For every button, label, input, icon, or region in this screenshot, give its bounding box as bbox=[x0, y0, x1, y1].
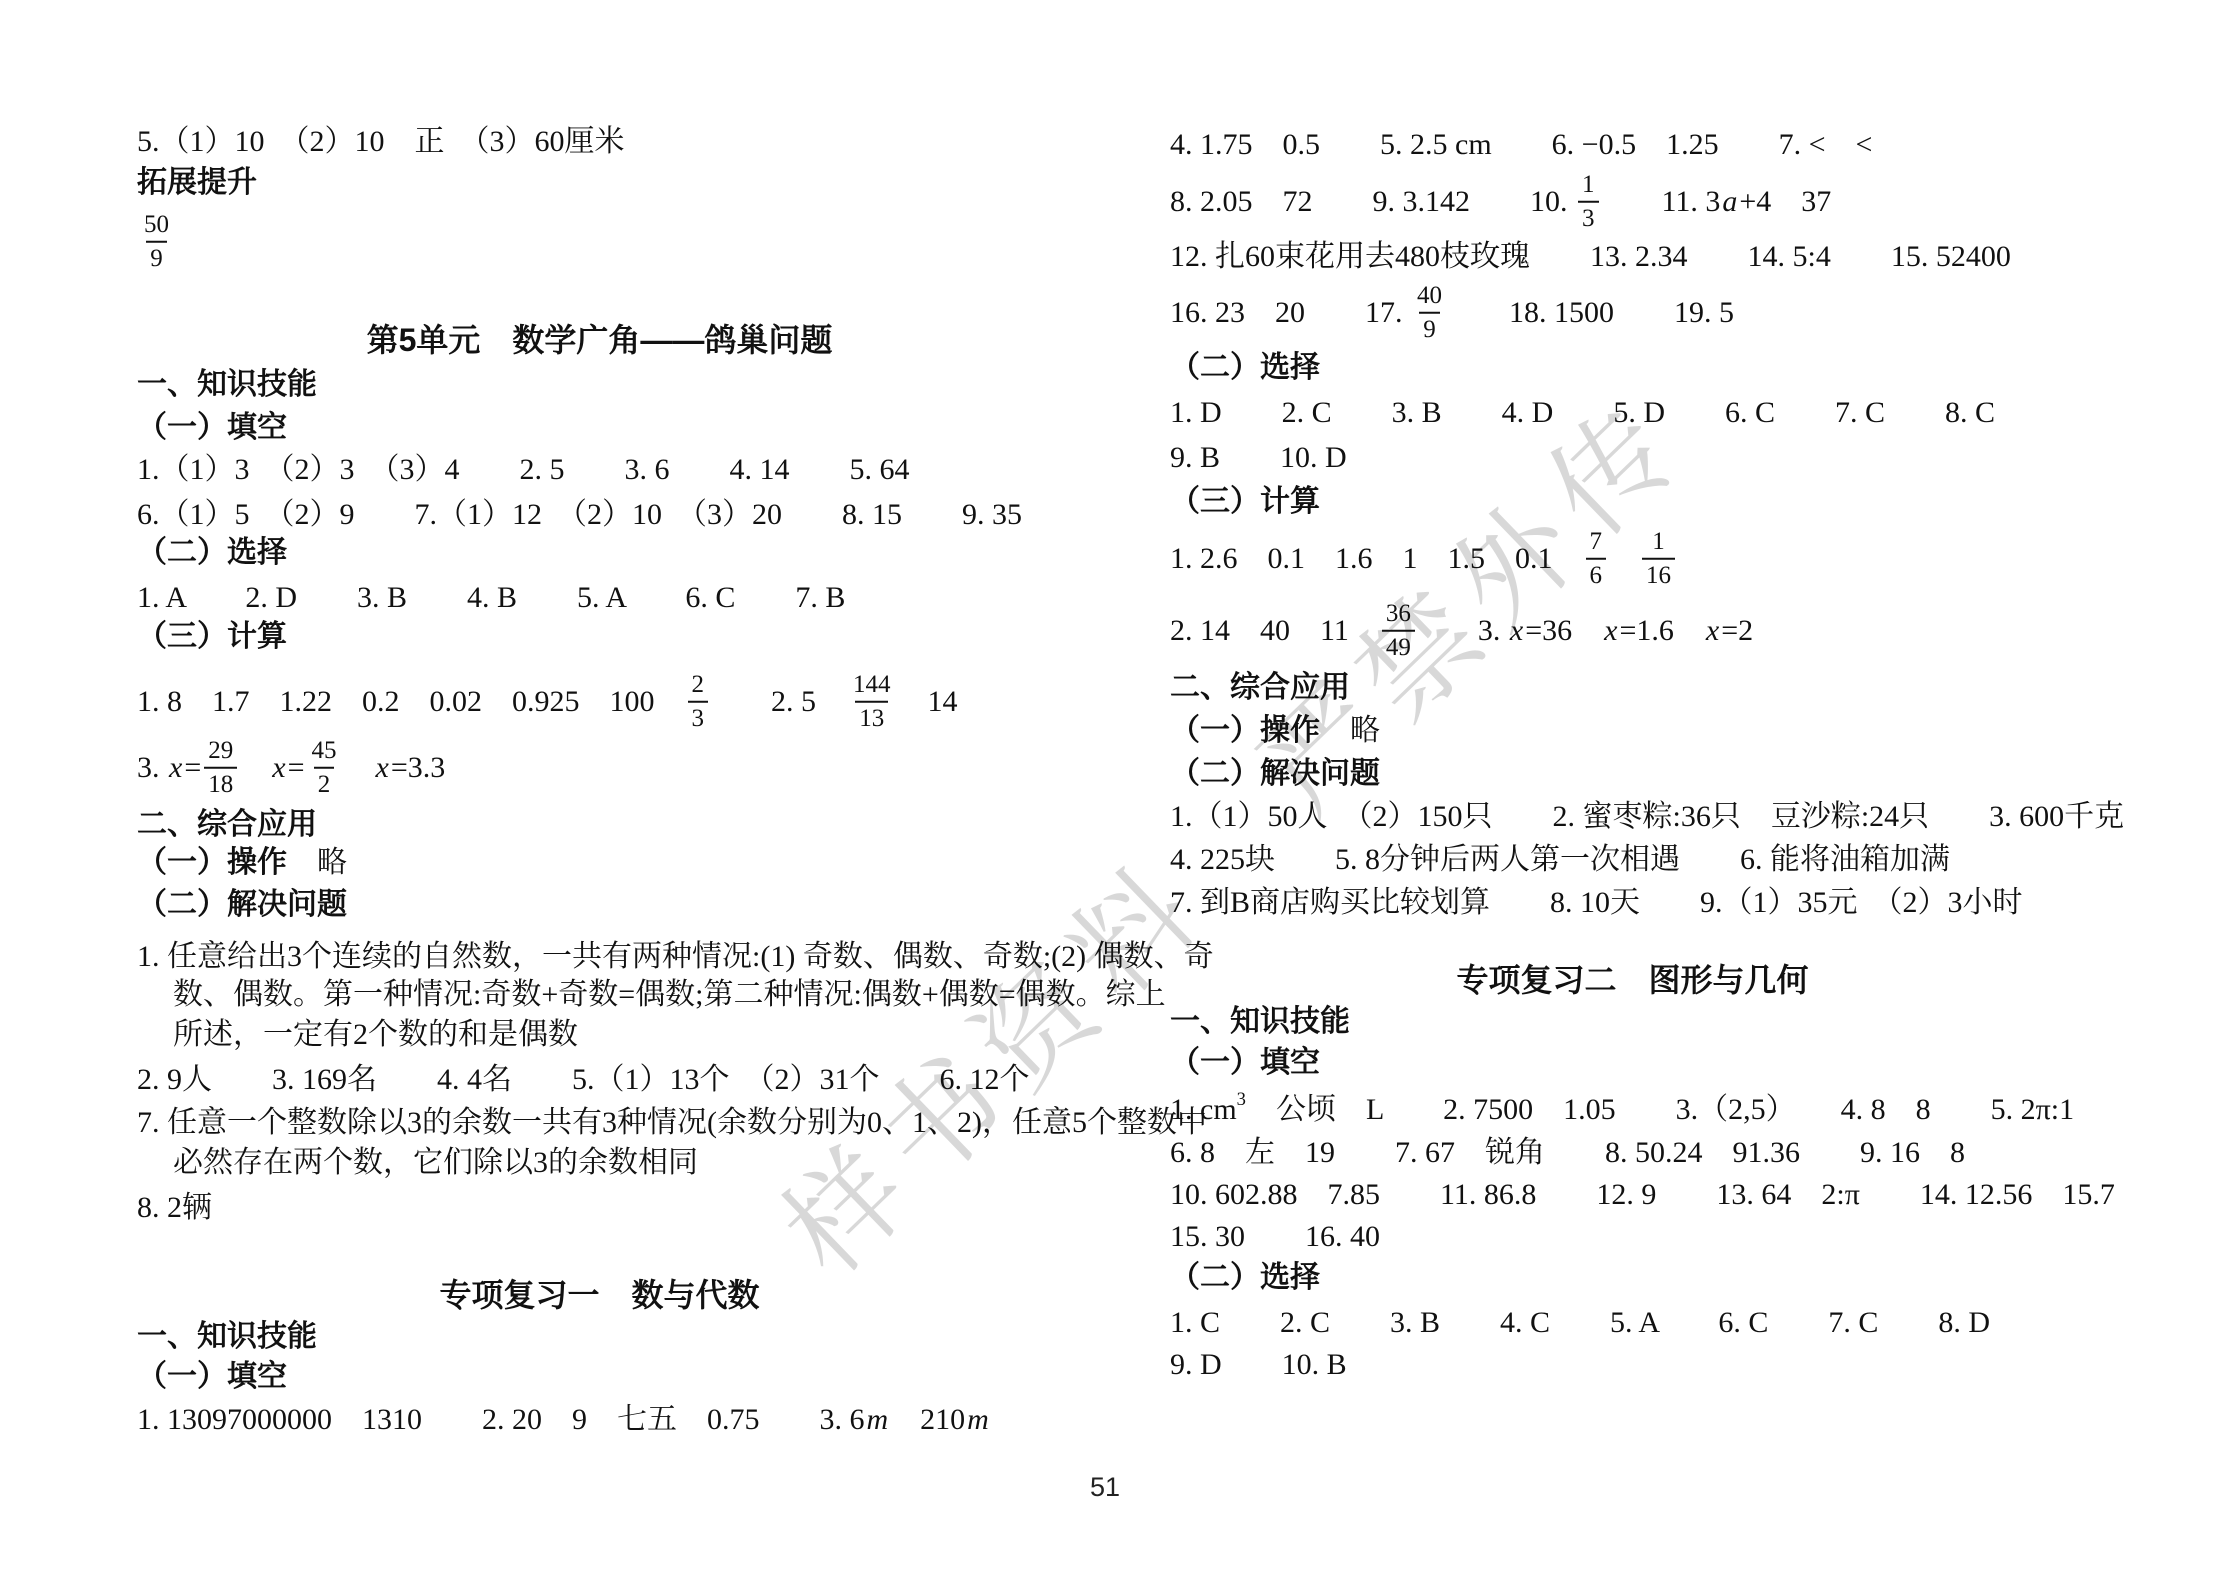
answer-line: 4. 225块 5. 8分钟后两人第一次相遇 6. 能将油箱加满 bbox=[1170, 839, 1950, 881]
superscript: 3 bbox=[1237, 1079, 1246, 1121]
answer-text: 1. 任意给出3个连续的自然数，一共有两种情况:(1) 奇数、偶数、奇数;(2)… bbox=[137, 936, 1214, 978]
answer-line: （二）选择 bbox=[137, 532, 287, 574]
answer-line: 4. 1.75 0.5 5. 2.5 cm 6. −0.5 1.25 7. < … bbox=[1170, 124, 1872, 166]
answer-line: 1. 2.6 0.1 1.6 1 1.5 0.1 76 116 bbox=[1170, 529, 1678, 590]
answer-text: =1.6 bbox=[1619, 610, 1703, 652]
answer-text: 2. 9人 3. 169名 4. 4名 5.（1）13个 （2）31个 6. 1… bbox=[137, 1059, 1030, 1101]
answer-text: 略 bbox=[287, 842, 347, 884]
answer-text: 必然存在两个数，它们除以3的余数相同 bbox=[173, 1142, 698, 1184]
answer-line: 5.（1）10 （2）10 正 （3）60厘米 bbox=[137, 121, 625, 163]
answer-line: 数、偶数。第一种情况:奇数+奇数=偶数;第二种情况:偶数+偶数=偶数。综上 bbox=[173, 974, 1166, 1016]
answer-line: 1.（1）50人 （2）150只 2. 蜜枣粽:36只 豆沙粽:24只 3. 6… bbox=[1170, 796, 2124, 838]
fraction-denominator: 3 bbox=[688, 701, 709, 732]
fraction-denominator: 13 bbox=[855, 701, 888, 732]
answer-line: 二、综合应用 bbox=[137, 804, 317, 846]
label-bold-text: （一）填空 bbox=[137, 1356, 287, 1398]
fraction: 2918 bbox=[204, 738, 237, 799]
answer-line: 2. 9人 3. 169名 4. 4名 5.（1）13个 （2）31个 6. 1… bbox=[137, 1059, 1030, 1101]
math-variable: a bbox=[1720, 181, 1739, 223]
answer-line: （三）计算 bbox=[137, 616, 287, 658]
answer-line: 6.（1）5 （2）9 7.（1）12 （2）10 （3）20 8. 15 9.… bbox=[137, 494, 1022, 536]
answer-line: （二）解决问题 bbox=[137, 884, 347, 926]
answer-text: 1. C 2. C 3. B 4. C 5. A 6. C 7. C 8. D bbox=[1170, 1302, 1990, 1344]
answer-text: 9. B 10. D bbox=[1170, 437, 1347, 479]
answer-line: 15. 30 16. 40 bbox=[1170, 1216, 1380, 1258]
fraction: 452 bbox=[308, 738, 341, 799]
answer-line: （一）操作 略 bbox=[137, 842, 347, 884]
answer-text bbox=[1609, 538, 1639, 580]
section-heading: 第5单元 数学广角——鸽巢问题 bbox=[137, 319, 1062, 361]
answer-text bbox=[240, 747, 270, 789]
math-variable: x bbox=[1508, 610, 1525, 652]
answer-text: 1. cm bbox=[1170, 1089, 1237, 1131]
answer-line: 7. 任意一个整数除以3的余数一共有3种情况(余数分别为0、1、2)，任意5个整… bbox=[137, 1102, 1207, 1144]
answer-text: 公顷 L 2. 7500 1.05 3.（2,5） 4. 8 8 5. 2π:1 bbox=[1246, 1089, 2074, 1131]
fraction-denominator: 3 bbox=[1578, 201, 1599, 232]
answer-text: 10. 602.88 7.85 11. 86.8 12. 9 13. 64 2:… bbox=[1170, 1174, 2115, 1216]
answer-text: 9. D 10. B bbox=[1170, 1344, 1347, 1386]
answer-text: 1. D 2. C 3. B 4. D 5. D 6. C 7. C 8. C bbox=[1170, 392, 1995, 434]
answer-line: 1. 8 1.7 1.22 0.2 0.02 0.925 100 23 2. 5… bbox=[137, 672, 958, 733]
answer-text: =36 bbox=[1525, 610, 1602, 652]
answer-line: 所述，一定有2个数的和是偶数 bbox=[173, 1014, 578, 1056]
label-bold-text: （三）计算 bbox=[1170, 481, 1320, 523]
label-bold-text: 第5单元 数学广角——鸽巢问题 bbox=[367, 319, 833, 361]
answer-text: = bbox=[288, 747, 305, 789]
answer-text: 1. 8 1.7 1.22 0.2 0.02 0.925 100 bbox=[137, 681, 685, 723]
answer-text: 1.（1）3 （2）3 （3）4 2. 5 3. 6 4. 14 5. 64 bbox=[137, 449, 910, 491]
label-bold-text: 专项复习二 图形与几何 bbox=[1456, 959, 1808, 1001]
page-number: 51 bbox=[1055, 1472, 1155, 1503]
answer-text: = bbox=[184, 747, 201, 789]
answer-line: 一、知识技能 bbox=[1170, 1001, 1350, 1043]
answer-text: 略 bbox=[1320, 710, 1380, 752]
answer-text: 4. 225块 5. 8分钟后两人第一次相遇 6. 能将油箱加满 bbox=[1170, 839, 1950, 881]
answer-line: 9. B 10. D bbox=[1170, 437, 1347, 479]
answer-book-page: 样书资料 严禁外传 51 5.（1）10 （2）10 正 （3）60厘米拓展提升… bbox=[0, 0, 2220, 1571]
label-bold-text: 一、知识技能 bbox=[137, 364, 317, 406]
label-bold-text: 一、知识技能 bbox=[1170, 1001, 1350, 1043]
answer-text: 1. 2.6 0.1 1.6 1 1.5 0.1 bbox=[1170, 538, 1583, 580]
label-bold-text: （二）选择 bbox=[1170, 347, 1320, 389]
fraction: 14413 bbox=[849, 672, 895, 733]
fraction: 3649 bbox=[1382, 601, 1415, 662]
math-variable: x bbox=[1602, 610, 1619, 652]
answer-line: （二）解决问题 bbox=[1170, 753, 1380, 795]
answer-line: 1. 13097000000 1310 2. 20 9 七五 0.75 3. 6… bbox=[137, 1399, 991, 1441]
label-bold-text: （一）操作 bbox=[137, 842, 287, 884]
fraction: 13 bbox=[1578, 172, 1599, 233]
answer-line: 2. 14 40 11 3649 3. x=36 x=1.6 x=2 bbox=[1170, 601, 1753, 662]
answer-line: 一、知识技能 bbox=[137, 364, 317, 406]
answer-text: 6. 8 左 19 7. 67 锐角 8. 50.24 91.36 9. 16 … bbox=[1170, 1132, 1965, 1174]
fraction-numerator: 7 bbox=[1586, 529, 1607, 558]
fraction: 509 bbox=[140, 212, 173, 273]
section-heading: 专项复习一 数与代数 bbox=[137, 1274, 1062, 1316]
fraction-denominator: 2 bbox=[314, 767, 335, 798]
fraction-numerator: 1 bbox=[1578, 172, 1599, 201]
answer-line: 拓展提升 bbox=[137, 162, 257, 204]
answer-line: 12. 扎60束花用去480枝玫瑰 13. 2.34 14. 5:4 15. 5… bbox=[1170, 236, 2011, 278]
answer-text: 5.（1）10 （2）10 正 （3）60厘米 bbox=[137, 121, 625, 163]
fraction-denominator: 18 bbox=[204, 767, 237, 798]
answer-text: 210 bbox=[890, 1399, 965, 1441]
answer-text: =3.3 bbox=[391, 747, 445, 789]
answer-text: +4 37 bbox=[1739, 181, 1831, 223]
answer-text: 1. 13097000000 1310 2. 20 9 七五 0.75 3. 6 bbox=[137, 1399, 865, 1441]
answer-line: 必然存在两个数，它们除以3的余数相同 bbox=[173, 1142, 698, 1184]
answer-line: 8. 2.05 72 9. 3.142 10. 13 11. 3a+4 37 bbox=[1170, 172, 1831, 233]
math-variable: x bbox=[374, 747, 391, 789]
label-bold-text: 一、知识技能 bbox=[137, 1316, 317, 1358]
answer-line: 7. 到B商店购买比较划算 8. 10天 9.（1）35元 （2）3小时 bbox=[1170, 882, 2023, 924]
answer-line: 1. C 2. C 3. B 4. C 5. A 6. C 7. C 8. D bbox=[1170, 1302, 1990, 1344]
answer-text: 16. 23 20 17. bbox=[1170, 292, 1410, 334]
label-bold-text: 拓展提升 bbox=[137, 162, 257, 204]
answer-text: 15. 30 16. 40 bbox=[1170, 1216, 1380, 1258]
fraction: 76 bbox=[1586, 529, 1607, 590]
label-bold-text: （二）选择 bbox=[137, 532, 287, 574]
column-right: 4. 1.75 0.5 5. 2.5 cm 6. −0.5 1.25 7. < … bbox=[1170, 0, 2095, 1571]
fraction-denominator: 6 bbox=[1586, 558, 1607, 589]
label-bold-text: （二）选择 bbox=[1170, 1257, 1320, 1299]
label-bold-text: （二）解决问题 bbox=[1170, 753, 1380, 795]
fraction: 409 bbox=[1413, 283, 1446, 344]
label-bold-text: （一）填空 bbox=[137, 407, 287, 449]
label-bold-text: 二、综合应用 bbox=[137, 804, 317, 846]
answer-text: 数、偶数。第一种情况:奇数+奇数=偶数;第二种情况:偶数+偶数=偶数。综上 bbox=[173, 974, 1166, 1016]
fraction: 116 bbox=[1642, 529, 1675, 590]
label-bold-text: （二）解决问题 bbox=[137, 884, 347, 926]
answer-text: 18. 1500 19. 5 bbox=[1449, 292, 1734, 334]
answer-text: 11. 3 bbox=[1602, 181, 1721, 223]
answer-line: （一）操作 略 bbox=[1170, 710, 1380, 752]
answer-text: 6.（1）5 （2）9 7.（1）12 （2）10 （3）20 8. 15 9.… bbox=[137, 494, 1022, 536]
answer-text: 3. bbox=[1418, 610, 1508, 652]
math-variable: m bbox=[865, 1399, 891, 1441]
answer-text: 3. bbox=[137, 747, 167, 789]
answer-line: 一、知识技能 bbox=[137, 1316, 317, 1358]
label-bold-text: 二、综合应用 bbox=[1170, 667, 1350, 709]
fraction-denominator: 49 bbox=[1382, 630, 1415, 661]
answer-line: （二）选择 bbox=[1170, 1257, 1320, 1299]
fraction-denominator: 9 bbox=[146, 241, 167, 272]
answer-text: 14 bbox=[898, 681, 958, 723]
answer-text: 1.（1）50人 （2）150只 2. 蜜枣粽:36只 豆沙粽:24只 3. 6… bbox=[1170, 796, 2124, 838]
answer-line: （三）计算 bbox=[1170, 481, 1320, 523]
answer-line: （一）填空 bbox=[1170, 1042, 1320, 1084]
answer-text: 12. 扎60束花用去480枝玫瑰 13. 2.34 14. 5:4 15. 5… bbox=[1170, 236, 2011, 278]
answer-line: （二）选择 bbox=[1170, 347, 1320, 389]
answer-line: 1. A 2. D 3. B 4. B 5. A 6. C 7. B bbox=[137, 577, 845, 619]
answer-line: 1. 任意给出3个连续的自然数，一共有两种情况:(1) 奇数、偶数、奇数;(2)… bbox=[137, 936, 1214, 978]
answer-line: 3. x=2918 x=452 x=3.3 bbox=[137, 738, 445, 799]
answer-line: 1. cm3 公顷 L 2. 7500 1.05 3.（2,5） 4. 8 8 … bbox=[1170, 1089, 2074, 1131]
fraction-numerator: 45 bbox=[308, 738, 341, 767]
math-variable: x bbox=[167, 747, 184, 789]
section-heading: 专项复习二 图形与几何 bbox=[1170, 959, 2095, 1001]
fraction-numerator: 1 bbox=[1648, 529, 1669, 558]
fraction-numerator: 29 bbox=[204, 738, 237, 767]
answer-text: 1. A 2. D 3. B 4. B 5. A 6. C 7. B bbox=[137, 577, 845, 619]
answer-text bbox=[344, 747, 374, 789]
answer-text: 7. 到B商店购买比较划算 8. 10天 9.（1）35元 （2）3小时 bbox=[1170, 882, 2023, 924]
answer-line: 9. D 10. B bbox=[1170, 1344, 1347, 1386]
math-variable: x bbox=[1704, 610, 1721, 652]
math-variable: x bbox=[270, 747, 287, 789]
label-bold-text: （一）操作 bbox=[1170, 710, 1320, 752]
answer-text: 8. 2辆 bbox=[137, 1187, 212, 1229]
fraction-numerator: 36 bbox=[1382, 601, 1415, 630]
label-bold-text: （一）填空 bbox=[1170, 1042, 1320, 1084]
column-left: 5.（1）10 （2）10 正 （3）60厘米拓展提升509第5单元 数学广角—… bbox=[137, 0, 1062, 1571]
answer-text: 所述，一定有2个数的和是偶数 bbox=[173, 1014, 578, 1056]
fraction-numerator: 2 bbox=[688, 672, 709, 701]
answer-line: 6. 8 左 19 7. 67 锐角 8. 50.24 91.36 9. 16 … bbox=[1170, 1132, 1965, 1174]
fraction-numerator: 40 bbox=[1413, 283, 1446, 312]
answer-text: 7. 任意一个整数除以3的余数一共有3种情况(余数分别为0、1、2)，任意5个整… bbox=[137, 1102, 1207, 1144]
answer-line: 509 bbox=[137, 212, 176, 273]
answer-line: 10. 602.88 7.85 11. 86.8 12. 9 13. 64 2:… bbox=[1170, 1174, 2115, 1216]
answer-text: 4. 1.75 0.5 5. 2.5 cm 6. −0.5 1.25 7. < … bbox=[1170, 124, 1872, 166]
label-bold-text: 专项复习一 数与代数 bbox=[439, 1274, 759, 1316]
answer-text: 2. 14 40 11 bbox=[1170, 610, 1379, 652]
answer-text: =2 bbox=[1721, 610, 1753, 652]
fraction-denominator: 16 bbox=[1642, 558, 1675, 589]
answer-line: 1. D 2. C 3. B 4. D 5. D 6. C 7. C 8. C bbox=[1170, 392, 1995, 434]
answer-line: 1.（1）3 （2）3 （3）4 2. 5 3. 6 4. 14 5. 64 bbox=[137, 449, 910, 491]
fraction-numerator: 50 bbox=[140, 212, 173, 241]
label-bold-text: （三）计算 bbox=[137, 616, 287, 658]
fraction-numerator: 144 bbox=[849, 672, 895, 701]
answer-line: （一）填空 bbox=[137, 407, 287, 449]
answer-line: 二、综合应用 bbox=[1170, 667, 1350, 709]
fraction: 23 bbox=[688, 672, 709, 733]
answer-line: 8. 2辆 bbox=[137, 1187, 212, 1229]
answer-text: 8. 2.05 72 9. 3.142 10. bbox=[1170, 181, 1575, 223]
math-variable: m bbox=[965, 1399, 991, 1441]
fraction-denominator: 9 bbox=[1419, 312, 1440, 343]
answer-line: （一）填空 bbox=[137, 1356, 287, 1398]
answer-line: 16. 23 20 17. 409 18. 1500 19. 5 bbox=[1170, 283, 1734, 344]
answer-text: 2. 5 bbox=[711, 681, 846, 723]
